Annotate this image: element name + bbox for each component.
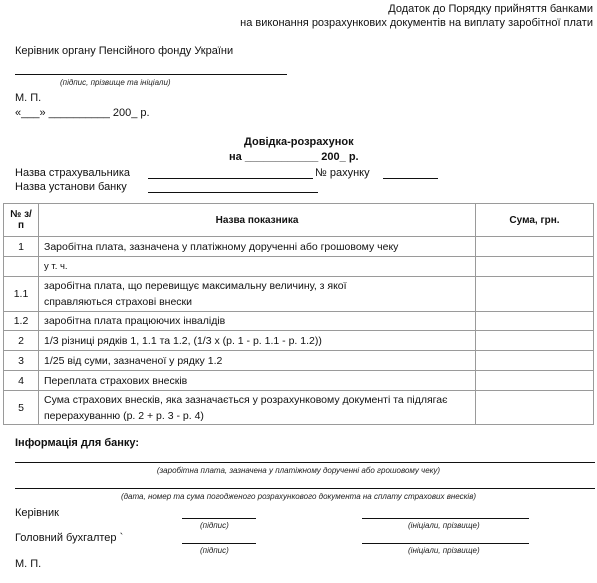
bank-info-salary-hint: (заробітна плата, зазначена у платіжному… [0,466,597,475]
approval-title: Керівник органу Пенсійного фонду України [15,45,233,57]
bank-field[interactable] [148,192,318,193]
accountant-label: Головний бухгалтер ` [15,532,123,544]
insurer-field[interactable] [148,178,313,179]
row-num: 1 [4,237,39,257]
table-row: 1.2 заробітна плата працюючих інвалідів [4,312,594,331]
accountant-name-line[interactable] [362,543,529,544]
bank-info-title: Інформація для банку: [15,437,139,449]
calculation-table: № з/п Назва показника Сума, грн. 1 Зароб… [3,203,594,425]
account-label: № рахунку [315,167,370,179]
approval-stamp: М. П. [15,92,41,104]
bottom-stamp: М. П. [15,558,41,570]
row-sum-cell[interactable] [476,257,594,277]
head-signature-line[interactable] [182,518,256,519]
table-header-row: № з/п Назва показника Сума, грн. [4,204,594,237]
approval-signature-line[interactable] [15,74,287,75]
approval-date-line: «___» __________ 200_ р. [15,107,150,119]
row-num: 1.1 [4,277,39,312]
row-sum-cell[interactable] [476,371,594,391]
bank-info-salary-line[interactable] [15,462,595,463]
table-row: 2 1/3 різниці рядків 1, 1.1 та 1.2, (1/3… [4,331,594,351]
row-num: 3 [4,351,39,371]
appendix-note-line2: на виконання розрахункових документів на… [240,17,593,29]
col-name-header: Назва показника [39,204,476,237]
col-num-header: № з/п [4,204,39,237]
row-sum-cell[interactable] [476,391,594,425]
bank-label: Назва установи банку [15,181,127,193]
accountant-signature-hint: (підпис) [200,546,229,555]
accountant-name-hint: (ініціали, прізвище) [408,546,480,555]
row-name: Заробітна плата, зазначена у платіжному … [39,237,476,257]
row-name: заробітна плата, що перевищує максимальн… [39,277,476,312]
bank-info-document-line[interactable] [15,488,595,489]
accountant-signature-line[interactable] [182,543,256,544]
row-num: 4 [4,371,39,391]
document-date-line: на ____________ 200_ р. [229,151,359,163]
table-row: 3 1/25 від суми, зазначеної у рядку 1.2 [4,351,594,371]
approval-signature-hint: (підпис, прізвище та ініціали) [60,78,171,87]
head-label: Керівник [15,507,59,519]
row-sum-cell[interactable] [476,351,594,371]
table-row: 1 Заробітна плата, зазначена у платіжном… [4,237,594,257]
row-name: 1/3 різниці рядків 1, 1.1 та 1.2, (1/3 х… [39,331,476,351]
row-sum-cell[interactable] [476,331,594,351]
row-name: 1/25 від суми, зазначеної у рядку 1.2 [39,351,476,371]
head-name-hint: (ініціали, прізвище) [408,521,480,530]
row-num [4,257,39,277]
account-field[interactable] [383,178,438,179]
row-sum-cell[interactable] [476,312,594,331]
row-name: Сума страхових внесків, яка зазначається… [39,391,476,425]
row-num: 1.2 [4,312,39,331]
row-num: 2 [4,331,39,351]
appendix-note-line1: Додаток до Порядку прийняття банками [388,3,593,15]
row-name: заробітна плата працюючих інвалідів [39,312,476,331]
row-sum-cell[interactable] [476,277,594,312]
bank-info-document-hint: (дата, номер та сума погодженого розраху… [0,492,597,501]
table-row: у т. ч. [4,257,594,277]
head-name-line[interactable] [362,518,529,519]
insurer-label: Назва страхувальника [15,167,130,179]
head-signature-hint: (підпис) [200,521,229,530]
table-row: 5 Сума страхових внесків, яка зазначаєть… [4,391,594,425]
row-num: 5 [4,391,39,425]
row-sum-cell[interactable] [476,237,594,257]
table-row: 1.1 заробітна плата, що перевищує максим… [4,277,594,312]
col-sum-header: Сума, грн. [476,204,594,237]
row-name: у т. ч. [39,257,476,277]
row-name: Переплата страхових внесків [39,371,476,391]
document-title: Довідка-розрахунок [244,136,354,148]
table-row: 4 Переплата страхових внесків [4,371,594,391]
